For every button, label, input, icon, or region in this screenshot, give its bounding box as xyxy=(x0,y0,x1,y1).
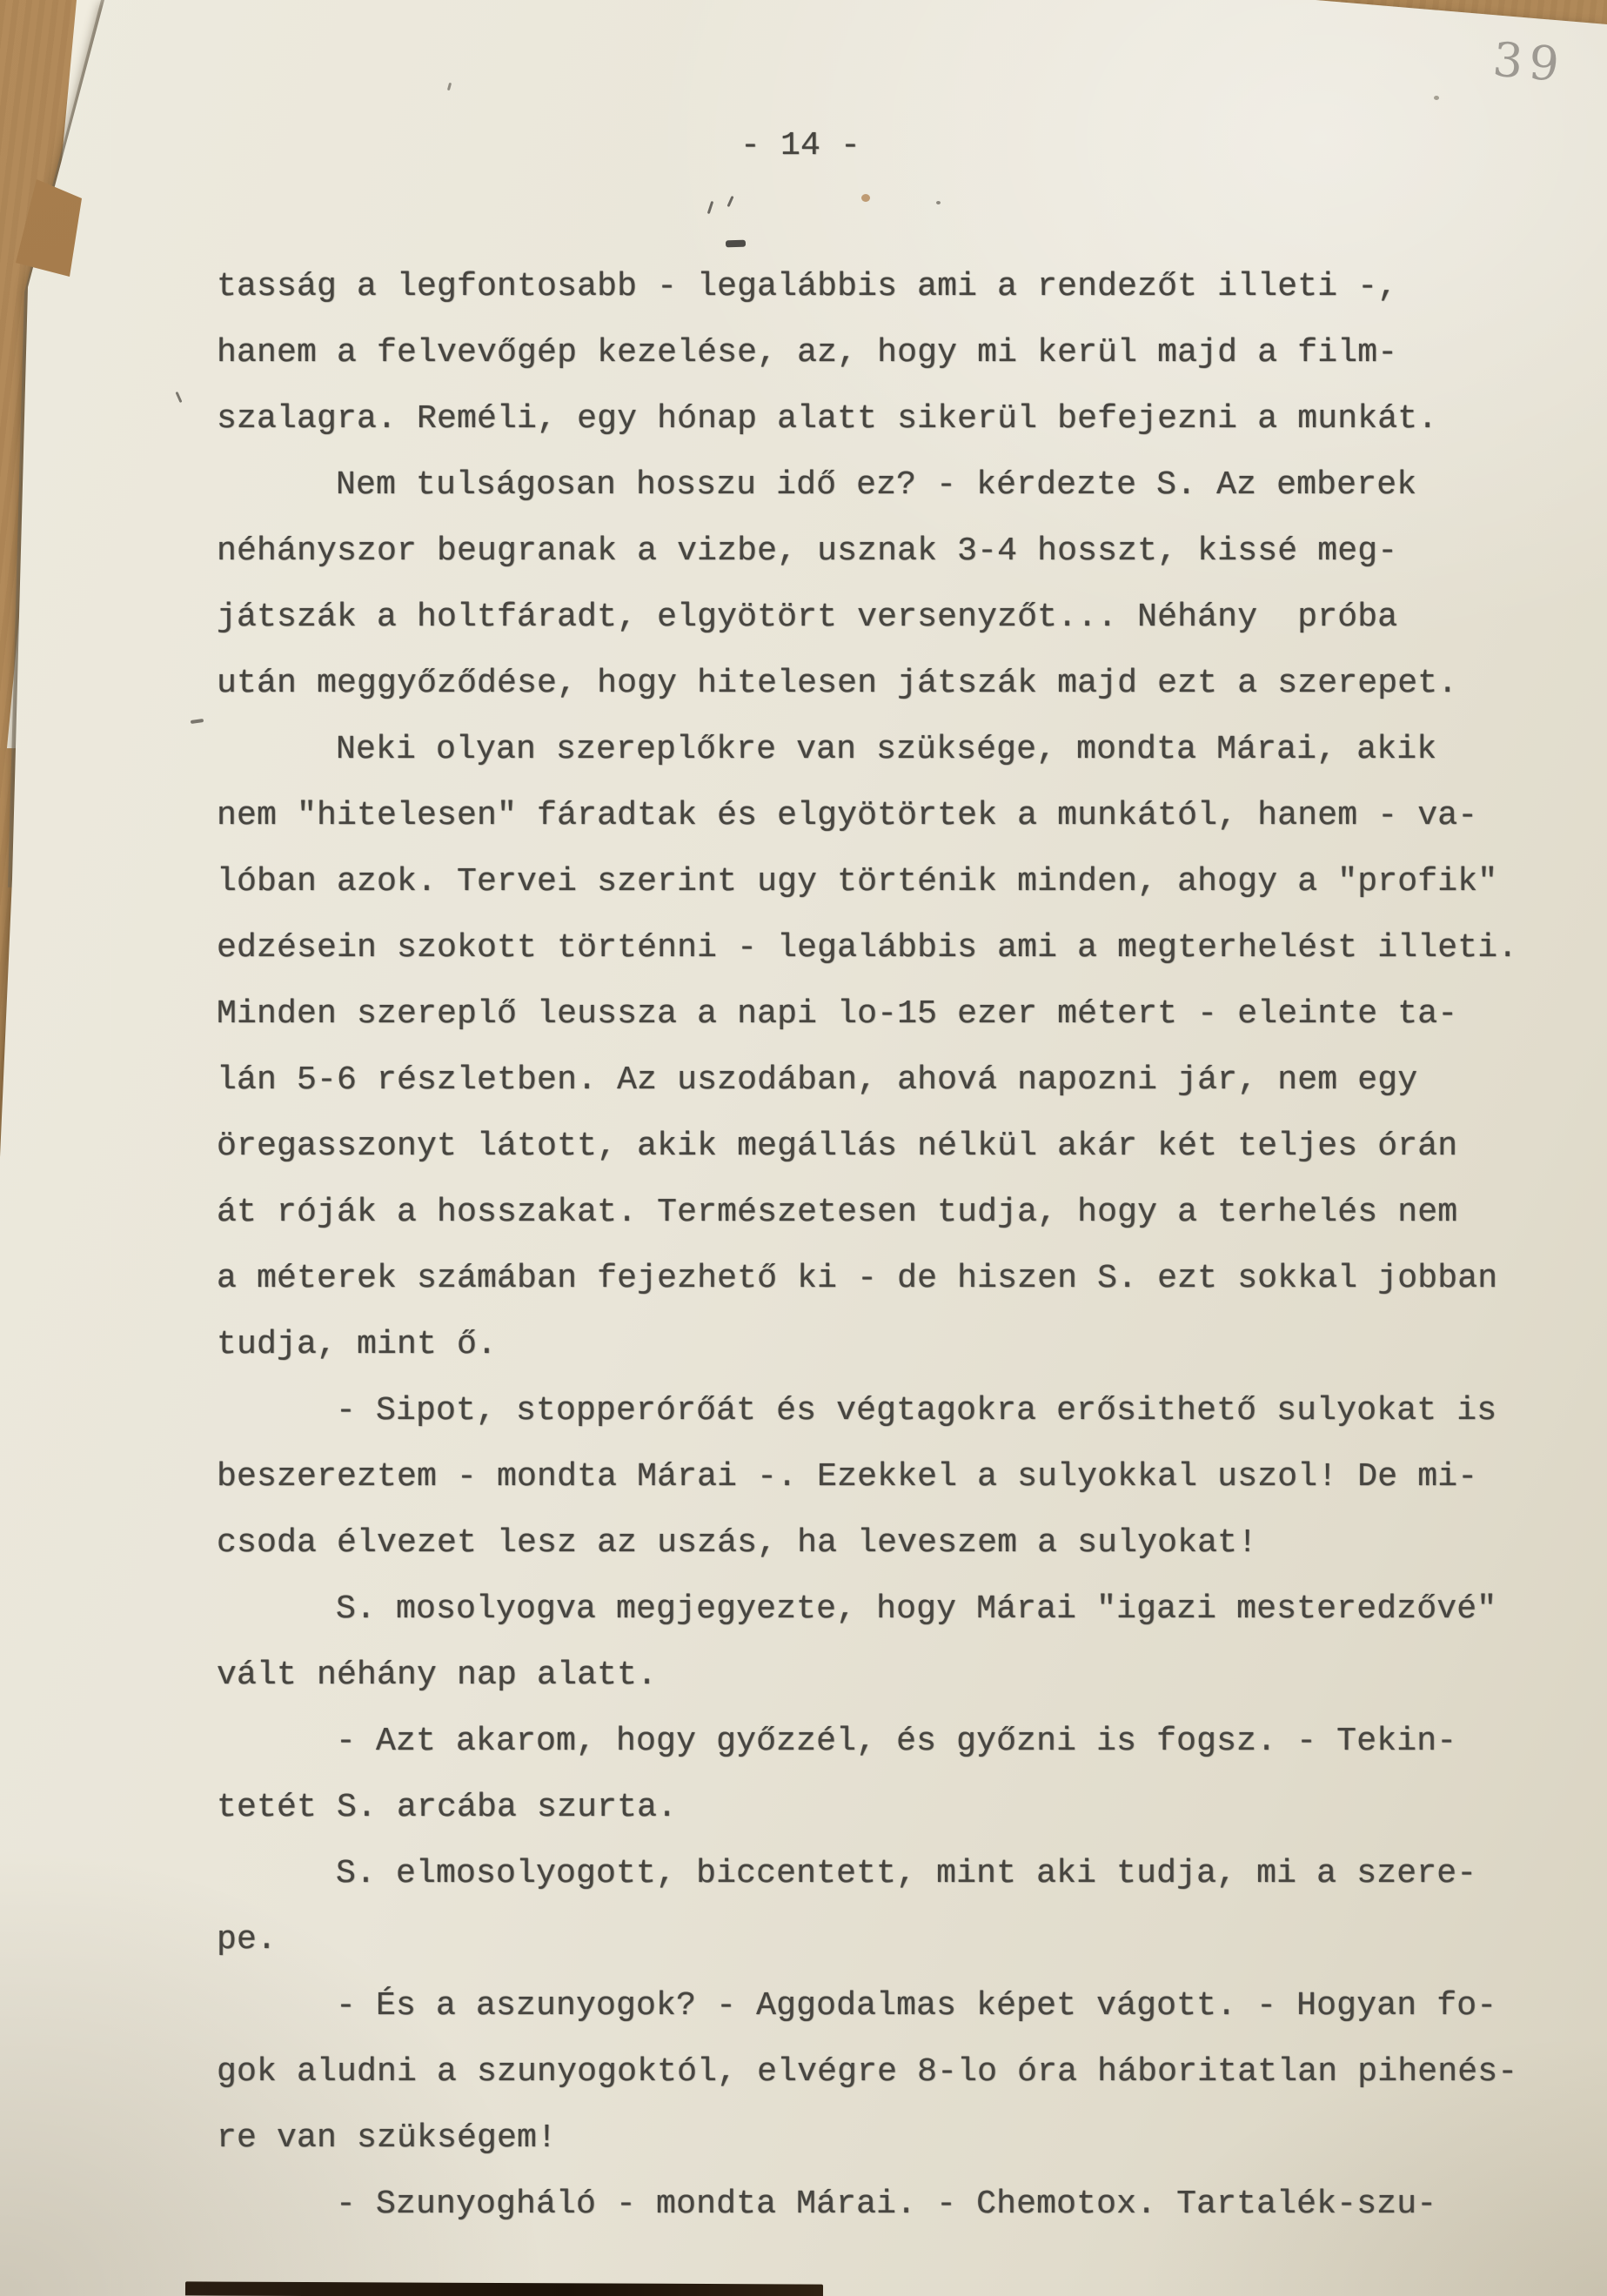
typed-line-18: - Sipot, stopperórőát és végtagokra erős… xyxy=(217,1378,1561,1444)
typed-line-26: pe. xyxy=(217,1907,1561,1973)
typed-line-3: szalagra. Reméli, egy hónap alatt sikerü… xyxy=(217,386,1561,452)
typed-line-21: S. mosolyogva megjegyezte, hogy Márai "i… xyxy=(217,1576,1561,1643)
typed-line-4: Nem tulságosan hosszu idő ez? - kérdezte… xyxy=(217,452,1561,519)
typed-line-1: tasság a legfontosabb - legalábbis ami a… xyxy=(217,254,1561,320)
bottom-edge-object xyxy=(185,2281,823,2296)
typed-line-5: néhányszor beugranak a vizbe, usznak 3-4… xyxy=(217,519,1561,585)
paper-speck xyxy=(936,201,941,204)
typed-line-19: beszereztem - mondta Márai -. Ezekkel a … xyxy=(217,1444,1561,1510)
typed-line-10: lóban azok. Tervei szerint ugy történik … xyxy=(217,849,1561,915)
typed-line-27: - És a aszunyogok? - Aggodalmas képet vá… xyxy=(217,1973,1561,2039)
typed-line-8: Neki olyan szereplőkre van szüksége, mon… xyxy=(217,717,1561,783)
typed-line-17: tudja, mint ő. xyxy=(217,1312,1561,1378)
typed-line-2: hanem a felvevőgép kezelése, az, hogy mi… xyxy=(217,320,1561,386)
typed-line-16: a méterek számában fejezhető ki - de his… xyxy=(217,1246,1561,1312)
typed-line-30: - Szunyogháló - mondta Márai. - Chemotox… xyxy=(217,2172,1561,2238)
typed-line-13: lán 5-6 részletben. Az uszodában, ahová … xyxy=(217,1048,1561,1114)
typed-line-9: nem "hitelesen" fáradtak és elgyötörtek … xyxy=(217,783,1561,849)
typed-line-28: gok aludni a szunyogoktól, elvégre 8-lo … xyxy=(217,2039,1561,2105)
typed-line-11: edzésein szokott történni - legalábbis a… xyxy=(217,915,1561,981)
page-number: - 14 - xyxy=(740,127,860,164)
handwritten-page-number: 39 xyxy=(1490,32,1567,93)
paper-speck xyxy=(1434,96,1439,100)
typed-line-24: tetét S. arcába szurta. xyxy=(217,1775,1561,1841)
typed-line-7: után meggyőződése, hogy hitelesen játszá… xyxy=(217,651,1561,717)
paper-speck xyxy=(861,194,870,202)
typed-line-29: re van szükségem! xyxy=(217,2105,1561,2172)
typed-line-15: át róják a hosszakat. Természetesen tudj… xyxy=(217,1180,1561,1246)
typed-line-23: - Azt akarom, hogy győzzél, és győzni is… xyxy=(217,1709,1561,1775)
typed-line-12: Minden szereplő leussza a napi lo-15 eze… xyxy=(217,981,1561,1048)
typed-line-14: öregasszonyt látott, akik megállás nélkü… xyxy=(217,1114,1561,1180)
typed-line-20: csoda élvezet lesz az uszás, ha leveszem… xyxy=(217,1510,1561,1576)
typed-line-25: S. elmosolyogott, biccentett, mint aki t… xyxy=(217,1841,1561,1907)
typed-text-block: tasság a legfontosabb - legalábbis ami a… xyxy=(217,254,1561,2238)
typed-line-22: vált néhány nap alatt. xyxy=(217,1643,1561,1709)
stray-typed-dash xyxy=(726,240,746,248)
typed-line-6: játszák a holtfáradt, elgyötört versenyz… xyxy=(217,585,1561,651)
scanned-typewritten-page: { "page": { "number_label": "- 14 -", "c… xyxy=(0,0,1607,2296)
